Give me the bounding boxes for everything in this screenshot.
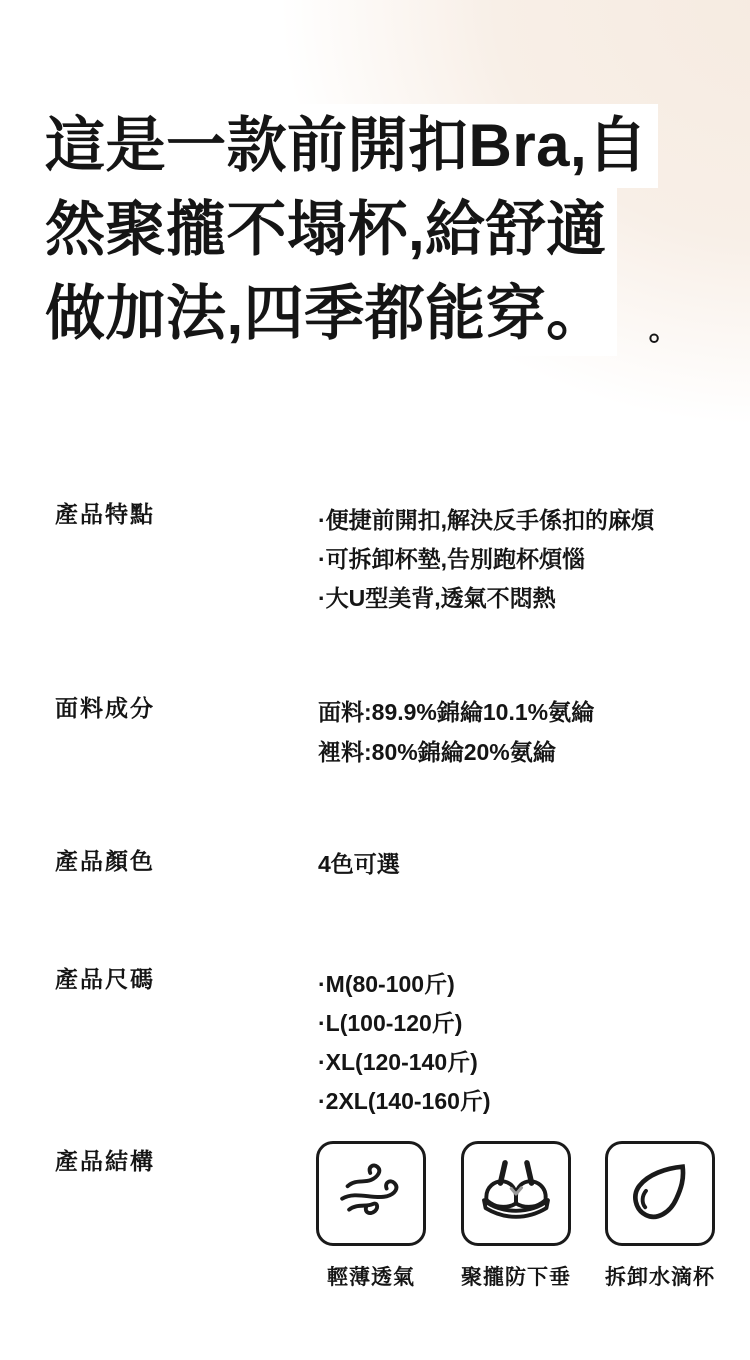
structure-card-lift	[461, 1141, 571, 1246]
colors-label: 產品顏色	[55, 843, 155, 876]
features-label: 產品特點	[55, 496, 155, 529]
structure-caption-cup: 拆卸水滴杯	[575, 1261, 745, 1291]
feature-line: ·可拆卸杯墊,告別跑杯煩惱	[318, 540, 654, 579]
sizes-content: ·M(80-100斤) ·L(100-120斤) ·XL(120-140斤) ·…	[318, 965, 491, 1121]
structure-card-breathable	[316, 1141, 426, 1246]
size-line: ·XL(120-140斤)	[318, 1043, 491, 1082]
feature-line: ·大U型美背,透氣不悶熱	[318, 579, 654, 618]
product-headline: 這是一款前開扣Bra,自 然聚攏不塌杯,給舒適 做加法,四季都能穿。。	[45, 104, 679, 356]
trailing-period: 。	[649, 289, 679, 373]
bra-icon	[477, 1155, 555, 1233]
feature-line: ·便捷前開扣,解決反手係扣的麻煩	[318, 501, 654, 540]
size-line: ·M(80-100斤)	[318, 965, 491, 1004]
structure-card-cup	[605, 1141, 715, 1246]
colors-line: 4色可選	[318, 845, 400, 884]
headline-line-2: 然聚攏不塌杯,給舒適	[45, 188, 679, 272]
headline-line-3: 做加法,四季都能穿。。	[45, 272, 679, 356]
headline-line-1-text: 這是一款前開扣Bra,自	[43, 104, 658, 188]
sizes-label: 產品尺碼	[55, 961, 155, 994]
features-content: ·便捷前開扣,解決反手係扣的麻煩 ·可拆卸杯墊,告別跑杯煩惱 ·大U型美背,透氣…	[318, 501, 654, 618]
colors-content: 4色可選	[318, 845, 400, 884]
size-line: ·2XL(140-160斤)	[318, 1082, 491, 1121]
fabric-line: 裡料:80%錦綸20%氨綸	[318, 732, 594, 772]
water-drop-icon	[621, 1155, 699, 1233]
headline-line-2-text: 然聚攏不塌杯,給舒適	[43, 188, 617, 272]
headline-line-1: 這是一款前開扣Bra,自	[45, 104, 679, 188]
fabric-line: 面料:89.9%錦綸10.1%氨綸	[318, 692, 594, 732]
size-line: ·L(100-120斤)	[318, 1004, 491, 1043]
fabric-label: 面料成分	[55, 690, 155, 723]
headline-line-3-text: 做加法,四季都能穿。	[43, 272, 617, 356]
structure-label: 產品結構	[55, 1143, 155, 1176]
wind-icon	[332, 1155, 410, 1233]
fabric-content: 面料:89.9%錦綸10.1%氨綸 裡料:80%錦綸20%氨綸	[318, 692, 594, 772]
